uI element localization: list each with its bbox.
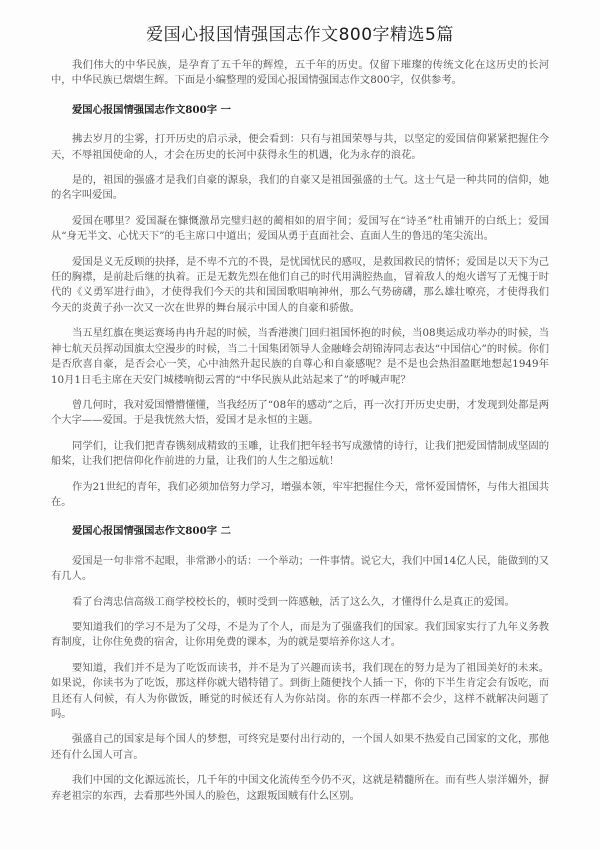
paragraph: 要知道，我们并不是为了吃饭而读书，并不是为了兴趣而读书，我们现在的努力是为了祖国…: [51, 661, 549, 723]
document-page: 爱国心报国情强国志作文800字精选5篇 我们伟大的中华民族，是孕育了五千年的辉煌…: [0, 0, 600, 849]
section-heading-2: 爱国心报国情强国志作文800字 二: [51, 524, 549, 539]
paragraph: 同学们，让我们把青春镌刻成精致的玉雕，让我们把年轻书写成激情的诗行，让我们把爱国…: [51, 439, 549, 470]
paragraph: 看了台湾忠信高级工商学校校长的，顿时受到一阵感触，活了这么久，才懂得什么是真正的…: [51, 595, 549, 610]
document-title: 爱国心报国情强国志作文800字精选5篇: [0, 20, 600, 45]
paragraph: 作为21世纪的青年，我们必须加倍努力学习，增强本领，牢牢把握住今天，常怀爱国情怀…: [51, 480, 549, 511]
paragraph: 我们中国的文化源远流长，几千年的中国文化流传至今仍不灭，这就是精髓所在。而有些人…: [51, 773, 549, 804]
section-heading-1: 爱国心报国情强国志作文800字 一: [51, 103, 549, 118]
intro-paragraph: 我们伟大的中华民族，是孕育了五千年的辉煌，五千年的历史。仅留下璀璨的传统文化在这…: [51, 58, 549, 89]
paragraph: 当五星红旗在奥运赛场冉冉升起的时候，当香港澳门回归祖国怀抱的时候，当08奥运成功…: [51, 326, 549, 388]
document-body: 我们伟大的中华民族，是孕育了五千年的辉煌，五千年的历史。仅留下璀璨的传统文化在这…: [51, 58, 549, 814]
paragraph: 拂去岁月的尘雾，打开历史的启示录，便会看到：只有与祖国荣辱与共，以坚定的爱国信仰…: [51, 132, 549, 163]
paragraph: 是的，祖国的强盛才是我们自豪的源泉，我们的自豪又是祖国强盛的士气。这士气是一种共…: [51, 173, 549, 204]
paragraph: 强盛自己的国家是每个国人的梦想，可终究是要付出行动的，一个国人如果不热爱自己国家…: [51, 732, 549, 763]
paragraph: 要知道我们的学习不是为了父母，不是为了个人，而是为了强盛我们的国家。我们国家实行…: [51, 620, 549, 651]
paragraph: 爱国是义无反顾的抉择，是不卑不亢的不畏，是忧国忧民的感叹，是救国救民的情怀；爱国…: [51, 255, 549, 317]
paragraph: 爱国在哪里？爱国凝在慷慨激昂完璧归赵的蔺相如的眉宇间；爱国写在“诗圣”杜甫铺开的…: [51, 214, 549, 245]
paragraph: 爱国是一句非常不起眼，非常渺小的话：一个举动；一件事情。说它大，我们中国14亿人…: [51, 554, 549, 585]
paragraph: 曾几何时，我对爱国懵懵懂懂，当我经历了“08年的感动”之后，再一次打开历史史册，…: [51, 398, 549, 429]
